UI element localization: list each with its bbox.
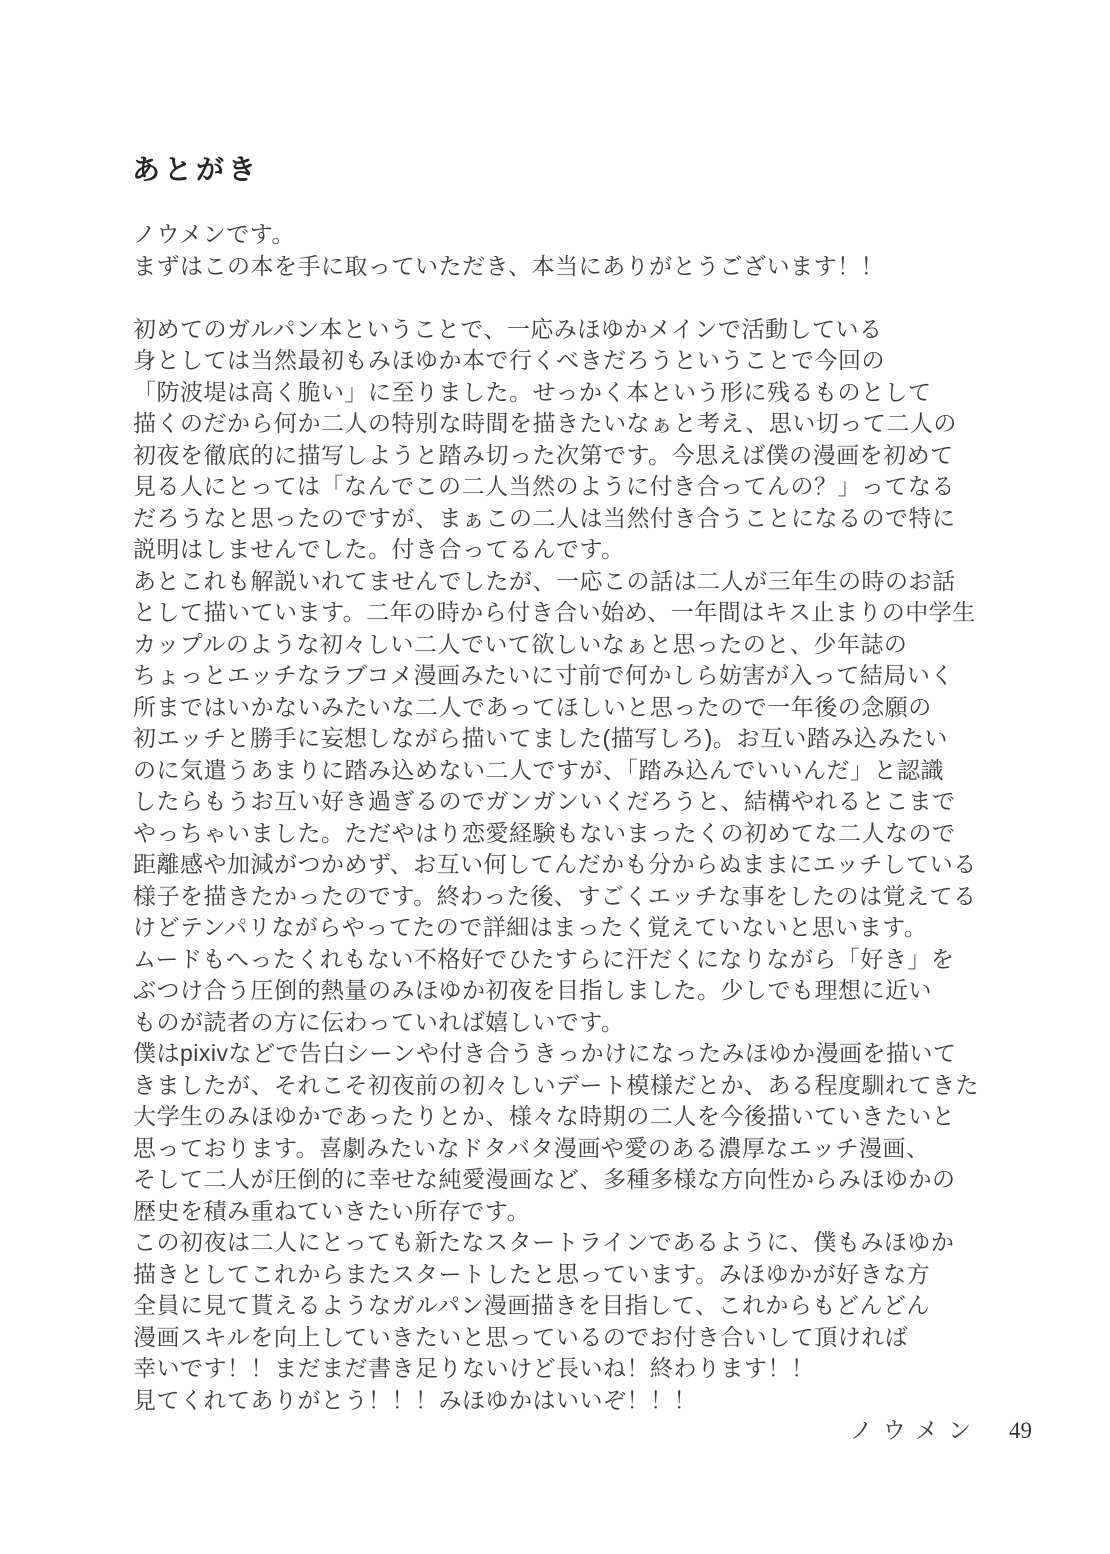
- body-text-line: そして二人が圧倒的に幸せな純愛漫画など、多種多様な方向性からみほゆかの: [133, 1164, 1033, 1196]
- author-signature: ノウメン: [850, 1412, 981, 1445]
- body-text-line: けどテンパリながらやってたので詳細はまったく覚えていないと思います。: [133, 912, 1033, 944]
- page-number: 49: [1009, 1418, 1032, 1444]
- body-text-line: [133, 282, 1033, 314]
- body-text-line: だろうなと思ったのですが、まぁこの二人は当然付き合うことになるので特に: [133, 503, 1033, 535]
- body-text-line: として描いています。二年の時から付き合い始め、一年間はキス止まりの中学生: [133, 597, 1033, 629]
- body-text-line: 身としては当然最初もみほゆか本で行くべきだろうということで今回の: [133, 345, 1033, 377]
- body-text-line: 説明はしませんでした。付き合ってるんです。: [133, 534, 1033, 566]
- body-text-line: のに気遣うあまりに踏み込めない二人ですが、「踏み込んでいいんだ」と認識: [133, 755, 1033, 787]
- afterword-body: ノウメンです。まずはこの本を手に取っていただき、本当にありがとうございます！！ …: [133, 219, 1033, 1416]
- body-text-line: やっちゃいました。ただやはり恋愛経験もないまったくの初めてな二人なので: [133, 818, 1033, 850]
- body-text-line: 初エッチと勝手に妄想しながら描いてました(描写しろ)。お互い踏み込みたい: [133, 723, 1033, 755]
- signature-row: ノウメン 49: [850, 1412, 1032, 1445]
- page-title: あとがき: [132, 148, 260, 188]
- body-text-line: 初めてのガルパン本ということで、一応みほゆかメインで活動している: [133, 314, 1033, 346]
- body-text-line: 歴史を積み重ねていきたい所存です。: [133, 1196, 1033, 1228]
- body-text-line: 見る人にとっては「なんでこの二人当然のように付き合ってんの？」ってなる: [133, 471, 1033, 503]
- body-text-line: ノウメンです。: [133, 219, 1033, 251]
- body-text-line: したらもうお互い好き過ぎるのでガンガンいくだろうと、結構やれるとこまで: [133, 786, 1033, 818]
- body-text-line: 初夜を徹底的に描写しようと踏み切った次第です。今思えば僕の漫画を初めて: [133, 440, 1033, 472]
- body-text-line: まずはこの本を手に取っていただき、本当にありがとうございます！！: [133, 251, 1033, 283]
- body-text-line: 幸いです！！まだまだ書き足りないけど長いね！終わります！！: [133, 1353, 1033, 1385]
- body-text-line: 所まではいかないみたいな二人であってほしいと思ったので一年後の念願の: [133, 692, 1033, 724]
- body-text-line: 大学生のみほゆかであったりとか、様々な時期の二人を今後描いていきたいと: [133, 1101, 1033, 1133]
- body-text-line: 全員に見て貰えるようなガルパン漫画描きを目指して、これからもどんどん: [133, 1290, 1033, 1322]
- body-text-line: 描きとしてこれからまたスタートしたと思っています。みほゆかが好きな方: [133, 1259, 1033, 1291]
- body-text-line: ちょっとエッチなラブコメ漫画みたいに寸前で何かしら妨害が入って結局いく: [133, 660, 1033, 692]
- body-text-line: 描くのだから何か二人の特別な時間を描きたいなぁと考え、思い切って二人の: [133, 408, 1033, 440]
- body-text-line: ぶつけ合う圧倒的熱量のみほゆか初夜を目指しました。少しでも理想に近い: [133, 975, 1033, 1007]
- body-text-line: ものが読者の方に伝わっていれば嬉しいです。: [133, 1007, 1033, 1039]
- body-text-line: 様子を描きたかったのです。終わった後、すごくエッチな事をしたのは覚えてる: [133, 881, 1033, 913]
- body-text-line: 距離感や加減がつかめず、お互い何してんだかも分からぬままにエッチしている: [133, 849, 1033, 881]
- body-text-line: きましたが、それこそ初夜前の初々しいデート模様だとか、ある程度馴れてきた: [133, 1070, 1033, 1102]
- body-text-line: 僕はpixivなどで告白シーンや付き合うきっかけになったみほゆか漫画を描いて: [133, 1038, 1033, 1070]
- body-text-line: あとこれも解説いれてませんでしたが、一応この話は二人が三年生の時のお話: [133, 566, 1033, 598]
- body-text-line: 「防波堤は高く脆い」に至りました。せっかく本という形に残るものとして: [133, 377, 1033, 409]
- body-text-line: 思っております。喜劇みたいなドタバタ漫画や愛のある濃厚なエッチ漫画、: [133, 1133, 1033, 1165]
- body-text-line: カップルのような初々しい二人でいて欲しいなぁと思ったのと、少年誌の: [133, 629, 1033, 661]
- body-text-line: ムードもへったくれもない不格好でひたすらに汗だくになりながら「好き」を: [133, 944, 1033, 976]
- body-text-line: 漫画スキルを向上していきたいと思っているのでお付き合いして頂ければ: [133, 1322, 1033, 1354]
- body-text-line: この初夜は二人にとっても新たなスタートラインであるように、僕もみほゆか: [133, 1227, 1033, 1259]
- afterword-page: あとがき ノウメンです。まずはこの本を手に取っていただき、本当にありがとうござい…: [0, 0, 1110, 1554]
